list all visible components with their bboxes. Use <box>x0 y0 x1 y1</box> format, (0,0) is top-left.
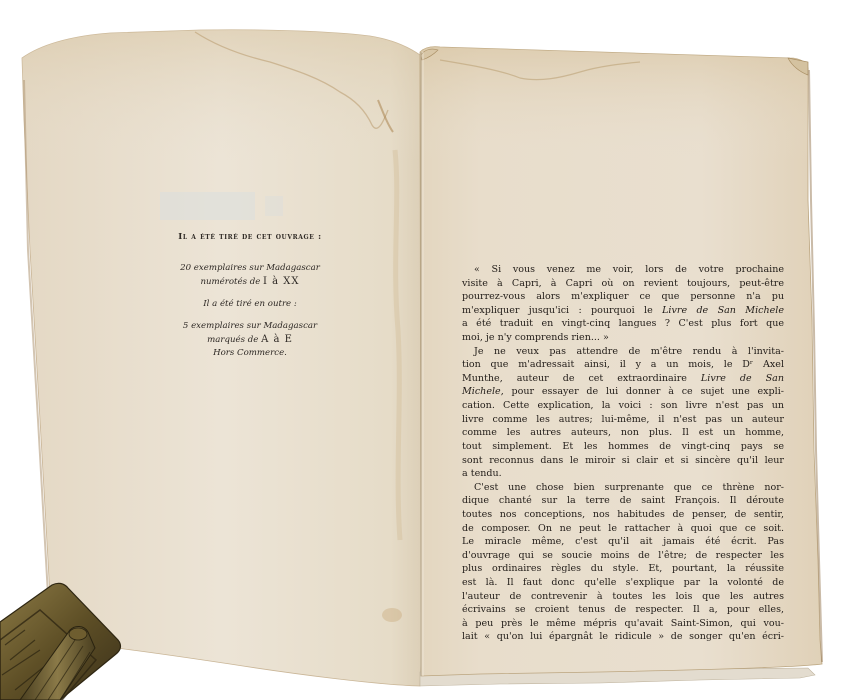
text-line: tout simplement. Et les hommes de vingt-… <box>462 440 784 454</box>
text-run: m'expliquer jusqu'ici : pourquoi le <box>462 305 662 316</box>
text-line: toutes nos conceptions, nos habitudes de… <box>462 508 784 522</box>
text-line: a été traduit en vingt-cinq langues ? C'… <box>462 317 784 331</box>
text-line: sont reconnus dans le miroir si clair et… <box>462 454 784 468</box>
text-line: Le miracle même, c'est qu'il ait jamais … <box>462 535 784 549</box>
text-line: m'expliquer jusqu'ici : pourquoi le Livr… <box>462 304 784 318</box>
text-line: cation. Cette explication, la voici : so… <box>462 399 784 413</box>
text-line: comme les autres auteurs, non plus. Il e… <box>462 426 784 440</box>
text-line: a tendu. <box>462 467 784 481</box>
book-title: Michele <box>462 386 501 397</box>
text-line: plus ordinaires règles du style. Et, pou… <box>462 562 784 576</box>
text-line: d'ouvrage qui se soucie moins de l'être;… <box>462 549 784 563</box>
text-line: de composer. On ne peut le rattacher à q… <box>462 522 784 536</box>
text-line: visite à Capri, à Capri où on revient to… <box>462 277 784 291</box>
text-line: dique chanté sur la terre de saint Franç… <box>462 494 784 508</box>
text-line: Michele, pour essayer de lui donner à ce… <box>462 385 784 399</box>
text-line: écrivains se croient tenus de respecter.… <box>462 603 784 617</box>
book-title: Livre de San <box>701 373 784 384</box>
text-line: l'auteur de contrevenir à toutes les loi… <box>462 590 784 604</box>
text-line: lait « qu'on lui épargnât le ridicule » … <box>462 630 784 644</box>
text-line: pourrez-vous alors m'expliquer ce que pe… <box>462 290 784 304</box>
text-line: livre comme les autres; lui-même, il n'e… <box>462 413 784 427</box>
text-run: , pour essayer de lui donner à ce sujet … <box>501 386 784 397</box>
text-line: à peu près le même mépris qu'avait Saint… <box>462 617 784 631</box>
body-text: « Si vous venez me voir, lors de votre p… <box>462 263 784 644</box>
text-line: Munthe, auteur de cet extraordinaire Liv… <box>462 372 784 386</box>
text-line: « Si vous venez me voir, lors de votre p… <box>462 263 784 277</box>
open-book-scene: Il a été tiré de cet ouvrage : 20 exempl… <box>0 0 841 700</box>
book-title: Livre de San Michele <box>662 305 784 316</box>
text-line: Je ne veux pas attendre de m'être rendu … <box>462 345 784 359</box>
text-line: est là. Il faut donc qu'elle s'explique … <box>462 576 784 590</box>
text-run: Munthe, auteur de cet extraordinaire <box>462 373 701 384</box>
text-line: moi, je n'y comprends rien... » <box>462 331 784 345</box>
text-line: tion que m'adressait ainsi, il y a un mo… <box>462 358 784 372</box>
text-line: C'est une chose bien surprenante que ce … <box>462 481 784 495</box>
